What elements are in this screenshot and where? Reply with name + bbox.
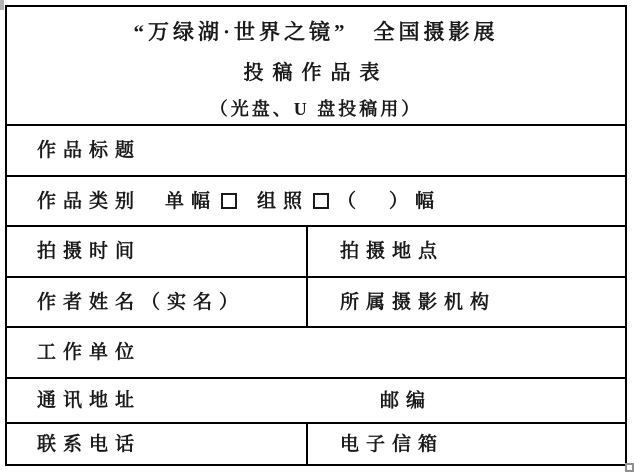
cell-email: 电子信箱 <box>308 424 625 464</box>
count-suffix-label: （ ）幅 <box>337 192 441 211</box>
row-category: 作品类别 单幅 组照 （ ）幅 <box>7 177 625 227</box>
photo-org-input-area[interactable] <box>496 278 625 326</box>
author-name-input-area[interactable] <box>245 278 306 326</box>
shoot-place-input-area[interactable] <box>444 227 625 276</box>
row-employer: 工作单位 <box>7 328 625 379</box>
table-resize-handle[interactable] <box>625 463 634 472</box>
form-title: 投稿作品表 <box>244 56 389 85</box>
phone-input-area[interactable] <box>141 424 306 464</box>
option-single-label: 单幅 <box>165 192 217 211</box>
document-page: “万绿湖·世界之镜” 全国摄影展 投稿作品表 （光盘、U 盘投稿用） 作品标题 … <box>0 0 634 473</box>
cell-author-name: 作者姓名（实名） <box>7 278 308 326</box>
top-left-artifact <box>0 0 4 10</box>
row-shoot: 拍摄时间 拍摄地点 <box>7 227 625 278</box>
address-label: 通讯地址 <box>37 391 141 410</box>
single-photo-checkbox[interactable] <box>221 193 237 209</box>
row-address: 通讯地址 邮编 <box>7 379 625 424</box>
email-input-area[interactable] <box>444 424 625 464</box>
row-author: 作者姓名（实名） 所属摄影机构 <box>7 278 625 328</box>
category-label: 作品类别 <box>37 192 141 211</box>
cell-shoot-time: 拍摄时间 <box>7 227 308 276</box>
author-name-label: 作者姓名（实名） <box>37 293 245 312</box>
cell-phone: 联系电话 <box>7 424 308 464</box>
email-label: 电子信箱 <box>340 435 444 454</box>
postal-code-label: 邮编 <box>380 391 432 410</box>
group-photo-checkbox[interactable] <box>313 193 329 209</box>
shoot-place-label: 拍摄地点 <box>340 242 444 261</box>
option-group-label: 组照 <box>257 192 309 211</box>
row-work-title: 作品标题 <box>7 126 625 177</box>
form-header: “万绿湖·世界之镜” 全国摄影展 投稿作品表 （光盘、U 盘投稿用） <box>7 7 625 126</box>
shoot-time-label: 拍摄时间 <box>37 242 141 261</box>
photo-org-label: 所属摄影机构 <box>340 293 496 312</box>
cell-photo-org: 所属摄影机构 <box>308 278 625 326</box>
work-title-label: 作品标题 <box>37 141 141 160</box>
work-title-input-area[interactable] <box>141 126 625 175</box>
cell-shoot-place: 拍摄地点 <box>308 227 625 276</box>
form-subtitle: （光盘、U 盘投稿用） <box>210 95 423 121</box>
phone-label: 联系电话 <box>37 435 141 454</box>
shoot-time-input-area[interactable] <box>141 227 306 276</box>
exhibition-title: “万绿湖·世界之镜” 全国摄影展 <box>133 16 498 46</box>
row-contact: 联系电话 电子信箱 <box>7 424 625 464</box>
employer-input-area[interactable] <box>141 328 625 377</box>
category-input-area[interactable] <box>441 177 625 225</box>
submission-form-table: “万绿湖·世界之镜” 全国摄影展 投稿作品表 （光盘、U 盘投稿用） 作品标题 … <box>5 5 627 466</box>
employer-label: 工作单位 <box>37 343 141 362</box>
